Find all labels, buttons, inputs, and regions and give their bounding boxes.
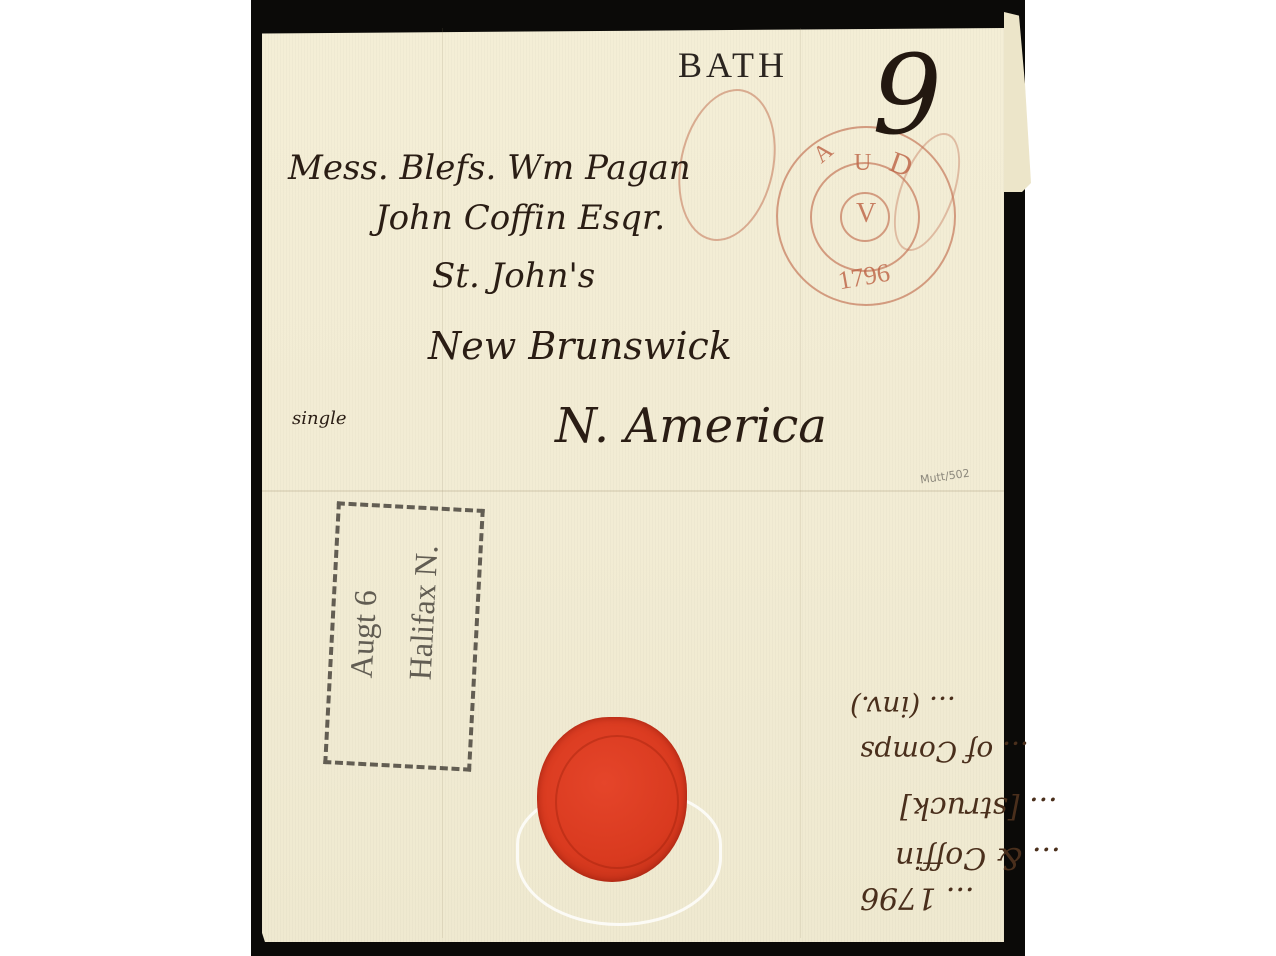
docket-line-5: ... (inv.) — [850, 690, 956, 723]
datestamp-center-letter: V — [856, 198, 876, 230]
manuscript-rate-mark: 9 — [872, 40, 942, 150]
address-line-4: New Brunswick — [428, 324, 732, 368]
docket-line-4: ... of Comps — [860, 735, 1029, 768]
docket-line-1: ... 1796 — [860, 880, 975, 915]
docket-line-3: ... [struck] — [900, 790, 1058, 825]
single-rate-note: single — [292, 408, 347, 429]
box-stamp-line-1: Halifax N. — [401, 544, 445, 681]
horizontal-fold-line — [262, 490, 1004, 492]
address-line-5: N. America — [555, 398, 827, 454]
datestamp-letter-u: U — [854, 150, 871, 177]
address-line-2: John Coffin Esqr. — [375, 198, 665, 238]
address-line-1: Mess. Blefs. Wm Pagan — [288, 148, 691, 188]
bath-town-stamp: BATH — [678, 44, 788, 86]
letter-side-flap — [1004, 12, 1034, 192]
wax-seal-impression — [555, 735, 679, 869]
address-line-3: St. John's — [432, 256, 595, 296]
box-stamp-line-2: Augt 6 — [343, 589, 385, 679]
docket-line-2: ... & Coffin — [895, 840, 1061, 875]
